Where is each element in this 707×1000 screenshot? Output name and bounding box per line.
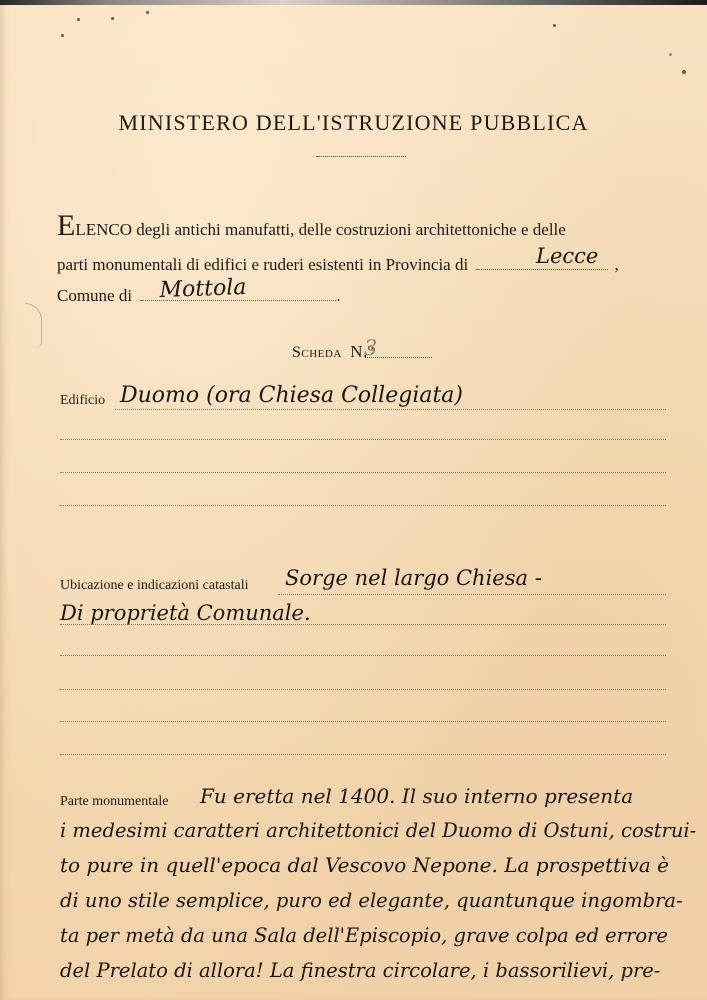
- provincia-comma: ,: [614, 255, 618, 274]
- paper-speck: [682, 70, 686, 74]
- lead-word: LENCO: [75, 220, 132, 239]
- ruled-line: [60, 721, 666, 722]
- comune-period: .: [336, 286, 340, 305]
- ubicazione-field-line[interactable]: [278, 594, 666, 595]
- scheda-number-value: 3: [364, 336, 377, 360]
- ruled-line: [60, 439, 666, 440]
- comune-label: Comune di: [57, 286, 132, 305]
- intro-line-1-text: degli antichi manufatti, delle costruzio…: [132, 220, 566, 239]
- ubicazione-label: Ubicazione e indicazioni catastali: [60, 578, 249, 594]
- parte-monumentale-line-1: Fu eretta nel 1400. Il suo interno prese…: [200, 784, 633, 808]
- provincia-value: Lecce: [536, 244, 598, 268]
- ruled-line: [60, 655, 666, 656]
- provincia-label: parti monumentali di edifici e ruderi es…: [57, 255, 468, 274]
- ministry-title: MINISTERO DELL'ISTRUZIONE PUBBLICA: [0, 110, 707, 136]
- edificio-label: Edificio: [60, 393, 105, 409]
- pencil-bracket-mark: [25, 303, 42, 348]
- edificio-value: Duomo (ora Chiesa Collegiata): [120, 383, 463, 408]
- parte-monumentale-label: Parte monumentale: [60, 794, 168, 810]
- paper-speck: [553, 24, 556, 27]
- paper-speck: [669, 53, 672, 56]
- provincia-row: parti monumentali di edifici e ruderi es…: [57, 255, 619, 275]
- scheda-text: Scheda: [292, 344, 342, 361]
- paper-speck: [61, 34, 64, 37]
- paper-speck: [111, 17, 114, 20]
- ruled-line: [60, 472, 666, 473]
- ruled-line: [60, 754, 666, 755]
- scheda-label: Scheda N.º: [292, 342, 374, 362]
- parte-monumentale-line-5: ta per metà da una Sala dell'Episcopio, …: [60, 924, 668, 947]
- ubicazione-value-line-2: Di proprietà Comunale.: [60, 601, 311, 625]
- document-page: MINISTERO DELL'ISTRUZIONE PUBBLICA ELENC…: [0, 0, 707, 1000]
- parte-monumentale-line-6: del Prelato di allora! La finestra circo…: [60, 959, 660, 982]
- intro-line-1: ELENCO degli antichi manufatti, delle co…: [57, 214, 665, 246]
- parte-monumentale-line-4: di uno stile semplice, puro ed elegante,…: [60, 889, 683, 912]
- ubicazione-value-line-1: Sorge nel largo Chiesa -: [285, 566, 542, 590]
- paper-speck: [77, 18, 80, 21]
- ruled-line: [60, 505, 666, 506]
- intro-paragraph: ELENCO degli antichi manufatti, delle co…: [57, 214, 665, 246]
- drop-initial: E: [57, 209, 75, 242]
- comune-value: Mottola: [159, 275, 247, 303]
- parte-monumentale-line-3: to pure in quell'epoca dal Vescovo Nepon…: [60, 853, 669, 877]
- paper-top-edge: [0, 0, 707, 5]
- paper-speck: [146, 11, 149, 14]
- title-divider: [316, 156, 406, 157]
- edificio-field-line[interactable]: [115, 409, 666, 410]
- ruled-line: [60, 689, 666, 690]
- parte-monumentale-line-2: i medesimi caratteri architettonici del …: [60, 819, 696, 842]
- provincia-field[interactable]: [476, 268, 608, 270]
